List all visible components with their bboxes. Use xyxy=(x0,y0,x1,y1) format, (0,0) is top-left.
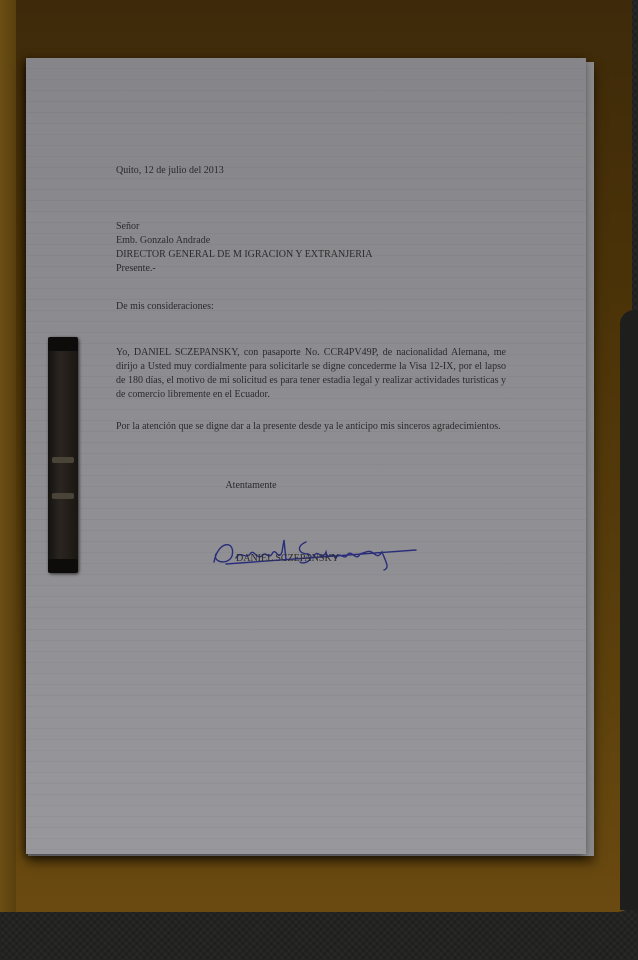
folder-tab-cutout xyxy=(620,310,638,910)
recipient-line: Presente.- xyxy=(116,262,372,276)
recipient-line: Señor xyxy=(116,220,372,234)
recipient-line: Emb. Gonzalo Andrade xyxy=(116,234,372,248)
folder-spine xyxy=(0,0,16,912)
binder-clip xyxy=(48,337,78,573)
greeting: De mis consideraciones: xyxy=(116,300,214,314)
recipient-line: DIRECTOR GENERAL DE M IGRACION Y EXTRANJ… xyxy=(116,248,372,262)
paragraph: Por la atención que se digne dar a la pr… xyxy=(116,420,506,434)
letter-page: Quito, 12 de julio del 2013 Señor Emb. G… xyxy=(26,58,586,854)
recipient-block: Señor Emb. Gonzalo Andrade DIRECTOR GENE… xyxy=(116,220,372,276)
signer-name: DANIEL SCZEPANSKY xyxy=(236,552,339,566)
clip-tab xyxy=(52,457,74,463)
paper-texture xyxy=(26,58,586,854)
clip-cap-top xyxy=(48,337,78,351)
paragraph: Yo, DANIEL SCZEPANSKY, con pasaporte No.… xyxy=(116,346,506,402)
clip-cap-bottom xyxy=(48,559,78,573)
clip-tab xyxy=(52,493,74,499)
letter-date: Quito, 12 de julio del 2013 xyxy=(116,164,224,178)
closing: Atentamente xyxy=(56,479,446,493)
